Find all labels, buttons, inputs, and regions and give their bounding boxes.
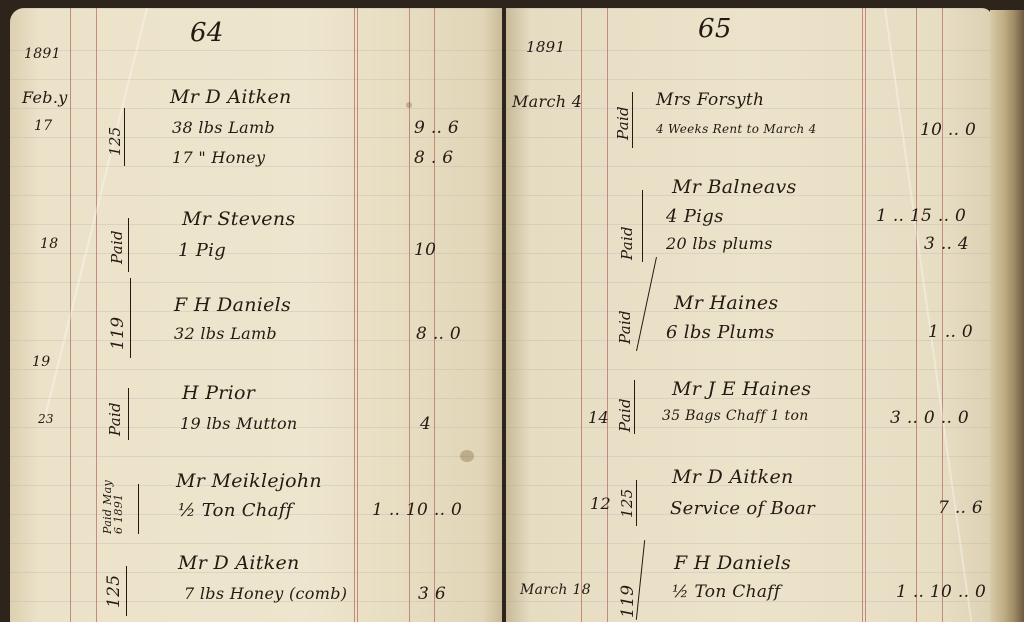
- entry-status: 125: [106, 126, 124, 156]
- page-number: 64: [190, 18, 224, 48]
- worn-page-edge: [990, 10, 1024, 622]
- item-description: Service of Boar: [670, 498, 815, 519]
- ink-dot: [406, 102, 412, 108]
- item-description: 7 lbs Honey (comb): [184, 584, 347, 603]
- status-bracket: [128, 388, 129, 440]
- item-amount: 7 .. 6: [938, 498, 983, 518]
- item-description: 1 Pig: [178, 240, 226, 261]
- item-description: 6 lbs Plums: [666, 322, 774, 343]
- pence-column-rule: [942, 8, 943, 622]
- entry-status: Paid: [614, 106, 632, 140]
- status-bracket: [126, 566, 127, 616]
- customer-name: Mr D Aitken: [178, 552, 300, 574]
- item-description: 19 lbs Mutton: [180, 414, 298, 433]
- entry-status: Paid: [618, 226, 636, 260]
- entry-status: 119: [108, 317, 128, 350]
- item-amount: 9 .. 6: [414, 118, 459, 138]
- item-description: ½ Ton Chaff: [178, 500, 293, 521]
- ledger-book: 64 1891 Feb.y 17 125 Mr D Aitken 38 lbs …: [0, 0, 1024, 622]
- customer-name: Mr J E Haines: [672, 378, 811, 400]
- customer-name: Mr Balneavs: [672, 176, 797, 198]
- pounds-column-rule: [862, 8, 863, 622]
- customer-name: Mr Stevens: [182, 208, 295, 230]
- item-description: 20 lbs plums: [666, 234, 773, 253]
- entry-date: March 18: [520, 582, 591, 598]
- year: 1891: [526, 38, 565, 56]
- entry-date: 17: [34, 118, 52, 134]
- item-description: 32 lbs Lamb: [174, 324, 277, 343]
- customer-name: F H Daniels: [174, 294, 291, 316]
- status-column-rule: [607, 8, 608, 622]
- left-page: 64 1891 Feb.y 17 125 Mr D Aitken 38 lbs …: [10, 8, 502, 622]
- item-amount: 1 .. 10 .. 0: [372, 500, 462, 520]
- year: 1891: [24, 46, 61, 62]
- customer-name: H Prior: [182, 382, 255, 404]
- month: Feb.y: [22, 88, 68, 107]
- shillings-column-rule: [916, 8, 917, 622]
- item-description: 35 Bags Chaff 1 ton: [662, 408, 809, 424]
- item-amount: 3 .. 0 .. 0: [890, 408, 969, 428]
- entry-date: 19: [32, 354, 50, 370]
- item-amount: 4: [420, 414, 431, 434]
- entry-status: Paid May 6 1891: [102, 474, 124, 534]
- status-bracket: [138, 484, 139, 534]
- item-amount: 1 .. 10 .. 0: [896, 582, 986, 602]
- entry-status: Paid: [616, 310, 634, 344]
- status-bracket: [124, 108, 125, 166]
- customer-name: F H Daniels: [674, 552, 791, 574]
- entry-status: Paid: [108, 230, 126, 264]
- entry-status: 125: [104, 575, 124, 608]
- item-amount: 1 .. 0: [928, 322, 973, 342]
- status-bracket: [128, 218, 129, 272]
- pence-column-rule: [434, 8, 435, 622]
- ink-stain: [460, 450, 474, 462]
- item-description: 17 " Honey: [172, 148, 265, 167]
- customer-name: Mrs Forsyth: [656, 90, 764, 110]
- item-amount: 1 .. 15 .. 0: [876, 206, 966, 226]
- item-description: ½ Ton Chaff: [672, 582, 780, 602]
- customer-name: Mr Haines: [674, 292, 778, 314]
- status-bracket: [634, 380, 635, 434]
- entry-status: Paid: [616, 398, 634, 432]
- entry-date: 18: [40, 236, 58, 252]
- page-number: 65: [698, 14, 732, 44]
- status-bracket: [632, 92, 633, 148]
- status-bracket: [642, 190, 643, 262]
- item-amount: 8 . 6: [414, 148, 453, 168]
- right-page: 65 1891 March 4 Paid Mrs Forsyth 4 Weeks…: [506, 8, 992, 622]
- entry-status: 119: [618, 585, 638, 618]
- item-amount: 3 6: [418, 584, 446, 604]
- status-column-rule: [96, 8, 97, 622]
- item-description: 38 lbs Lamb: [172, 118, 275, 137]
- status-bracket: [130, 278, 131, 358]
- customer-name: Mr D Aitken: [672, 466, 794, 488]
- customer-name: Mr D Aitken: [170, 86, 292, 108]
- entry-date: March 4: [512, 92, 582, 111]
- pounds-column-rule: [354, 8, 355, 622]
- status-bracket: [636, 480, 637, 526]
- item-description: 4 Weeks Rent to March 4: [656, 122, 817, 136]
- item-amount: 8 .. 0: [416, 324, 461, 344]
- shillings-column-rule: [409, 8, 410, 622]
- entry-date: 12: [590, 494, 611, 513]
- entry-date: 14: [588, 408, 609, 427]
- entry-status: 125: [618, 488, 636, 518]
- item-description: 4 Pigs: [666, 206, 724, 227]
- entry-status: Paid: [106, 402, 124, 436]
- entry-date: 23: [38, 412, 54, 426]
- item-amount: 10: [414, 240, 436, 260]
- item-amount: 3 .. 4: [924, 234, 969, 254]
- item-amount: 10 .. 0: [920, 120, 976, 140]
- customer-name: Mr Meiklejohn: [176, 470, 322, 492]
